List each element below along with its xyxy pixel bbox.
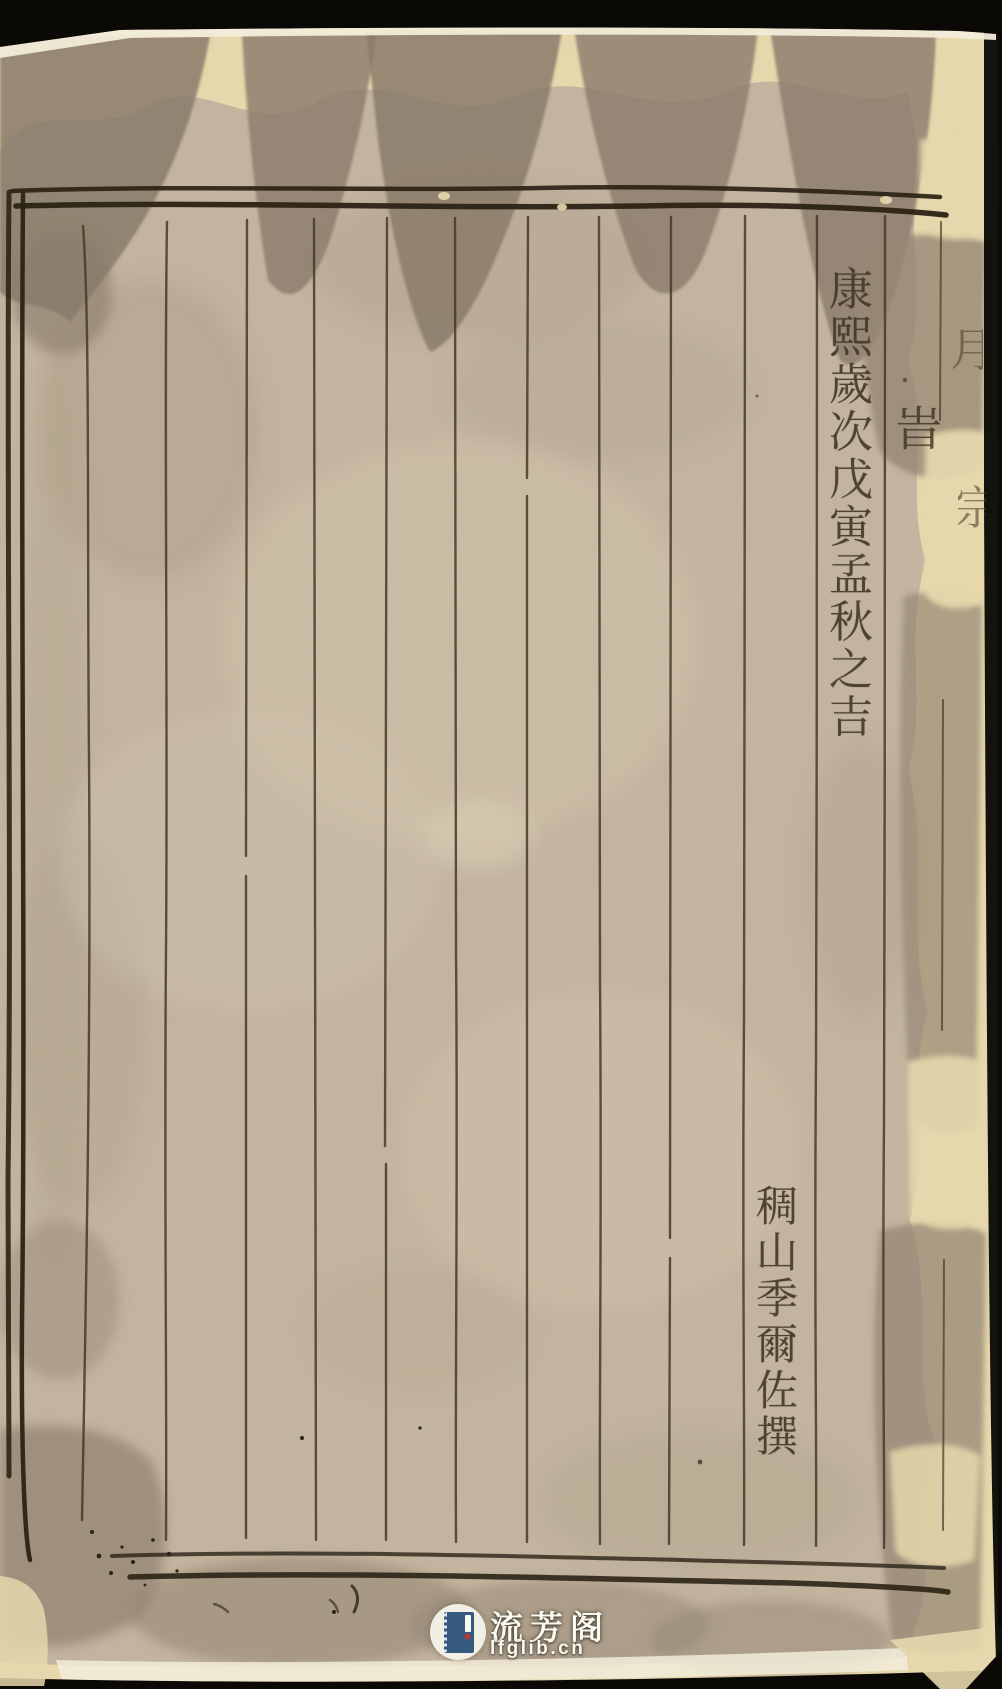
page-scan-artwork xyxy=(0,0,1002,1689)
watermark-site-url: lfglib.cn xyxy=(490,1638,585,1660)
watermark-badge xyxy=(430,1604,486,1660)
watermark: 流芳阁 lfglib.cn xyxy=(426,1598,676,1666)
era-character: 旹 xyxy=(888,404,940,451)
watermark-book-label xyxy=(465,1615,471,1632)
date-inscription-column: 康熙歲次戊寅孟秋之吉 xyxy=(812,266,880,741)
author-inscription-column: 稠山季爾佐撰 xyxy=(740,1184,806,1460)
scanned-book-page: 康熙歲次戊寅孟秋之吉 旹 稠山季爾佐撰 月 宗 流芳阁 lfglib.cn xyxy=(0,0,1002,1689)
watermark-book-seal xyxy=(465,1634,470,1639)
torn-edge-character-fragment-top: 月 xyxy=(953,326,983,378)
torn-edge-character-fragment-bottom: 宗 xyxy=(958,484,986,554)
watermark-book-icon xyxy=(444,1612,474,1653)
